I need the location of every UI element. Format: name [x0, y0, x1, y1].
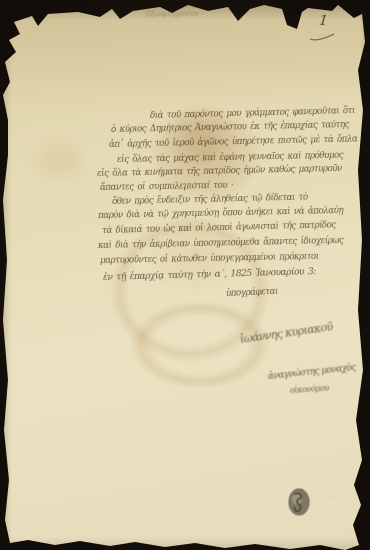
underline-flourish-icon	[308, 30, 336, 42]
signature-secondary-line2: οἰκονόμου	[290, 383, 330, 395]
archival-annotation: ἐξωφλημένον ·	[146, 8, 205, 18]
photo-backdrop: ἐξωφλημένον · 1 διὰ τοῦ παρόντος μου γρά…	[0, 0, 370, 550]
handwriting-line: ὁ κύριος Δημήτριος Ἀναγνώστου ἐκ τῆς ἐπα…	[111, 120, 349, 135]
handwriting-line: ἅπαντες οἱ συμπολεμισταί του ·	[100, 181, 233, 193]
handwriting-line: ὅθεν πρὸς ἔνδειξιν τῆς ἀληθείας τῷ δίδετ…	[112, 193, 308, 207]
handwriting-line: εἰς ὅλα τὰ κινήματα τῆς πατρίδος ἡμῶν κα…	[97, 164, 342, 179]
signature-secondary-line1: ἀναγνώστης μοναχὸς	[267, 363, 356, 382]
handwriting-date-line: ἐν τῇ ἐπαρχίᾳ ταύτῃ τὴν α΄, 1825 Ἰανουαρ…	[103, 266, 316, 283]
archive-stamp: ·· ···· ·· ·· ··· ··	[240, 486, 356, 520]
manuscript-paper: ἐξωφλημένον · 1 διὰ τοῦ παρόντος μου γρά…	[0, 0, 370, 550]
handwriting-line: καὶ διὰ τὴν ἀκρίβειαν ὑποσημειούμεθα ἅπα…	[98, 236, 344, 251]
handwriting-line: διὰ τοῦ παρόντος μου γράμματος φανεροῦτα…	[150, 106, 355, 121]
handwriting-line: ἀπ᾽ ἀρχῆς τοῦ ἱεροῦ ἀγῶνος ὑπηρέτησε πισ…	[109, 134, 358, 150]
stamp-smudge-right: ·· ··· ··	[320, 495, 349, 501]
signature-primary: ἰωάννης κυριακοῦ	[239, 320, 333, 346]
stamp-seal-icon	[286, 486, 312, 518]
page-number: 1	[318, 13, 329, 30]
handwriting-line: εἰς ὅλας τὰς μάχας καὶ ἐφάνη γενναῖος κα…	[117, 151, 343, 165]
handwriting-line: τὰ δίκαιά του ὡς καὶ οἱ λοιποὶ ἀγωνισταὶ…	[102, 220, 336, 236]
handwriting-closing: ὑπογράφεται	[226, 287, 278, 299]
handwriting-line: μαρτυροῦντες οἱ κάτωθεν ὑπογεγραμμένοι π…	[100, 252, 319, 266]
handwriting-line: παρὸν διὰ νὰ τῷ χρησιμεύσῃ ὅπου ἀνήκει κ…	[98, 206, 343, 221]
stamp-smudge-left: ·· ···· ··	[242, 498, 274, 504]
